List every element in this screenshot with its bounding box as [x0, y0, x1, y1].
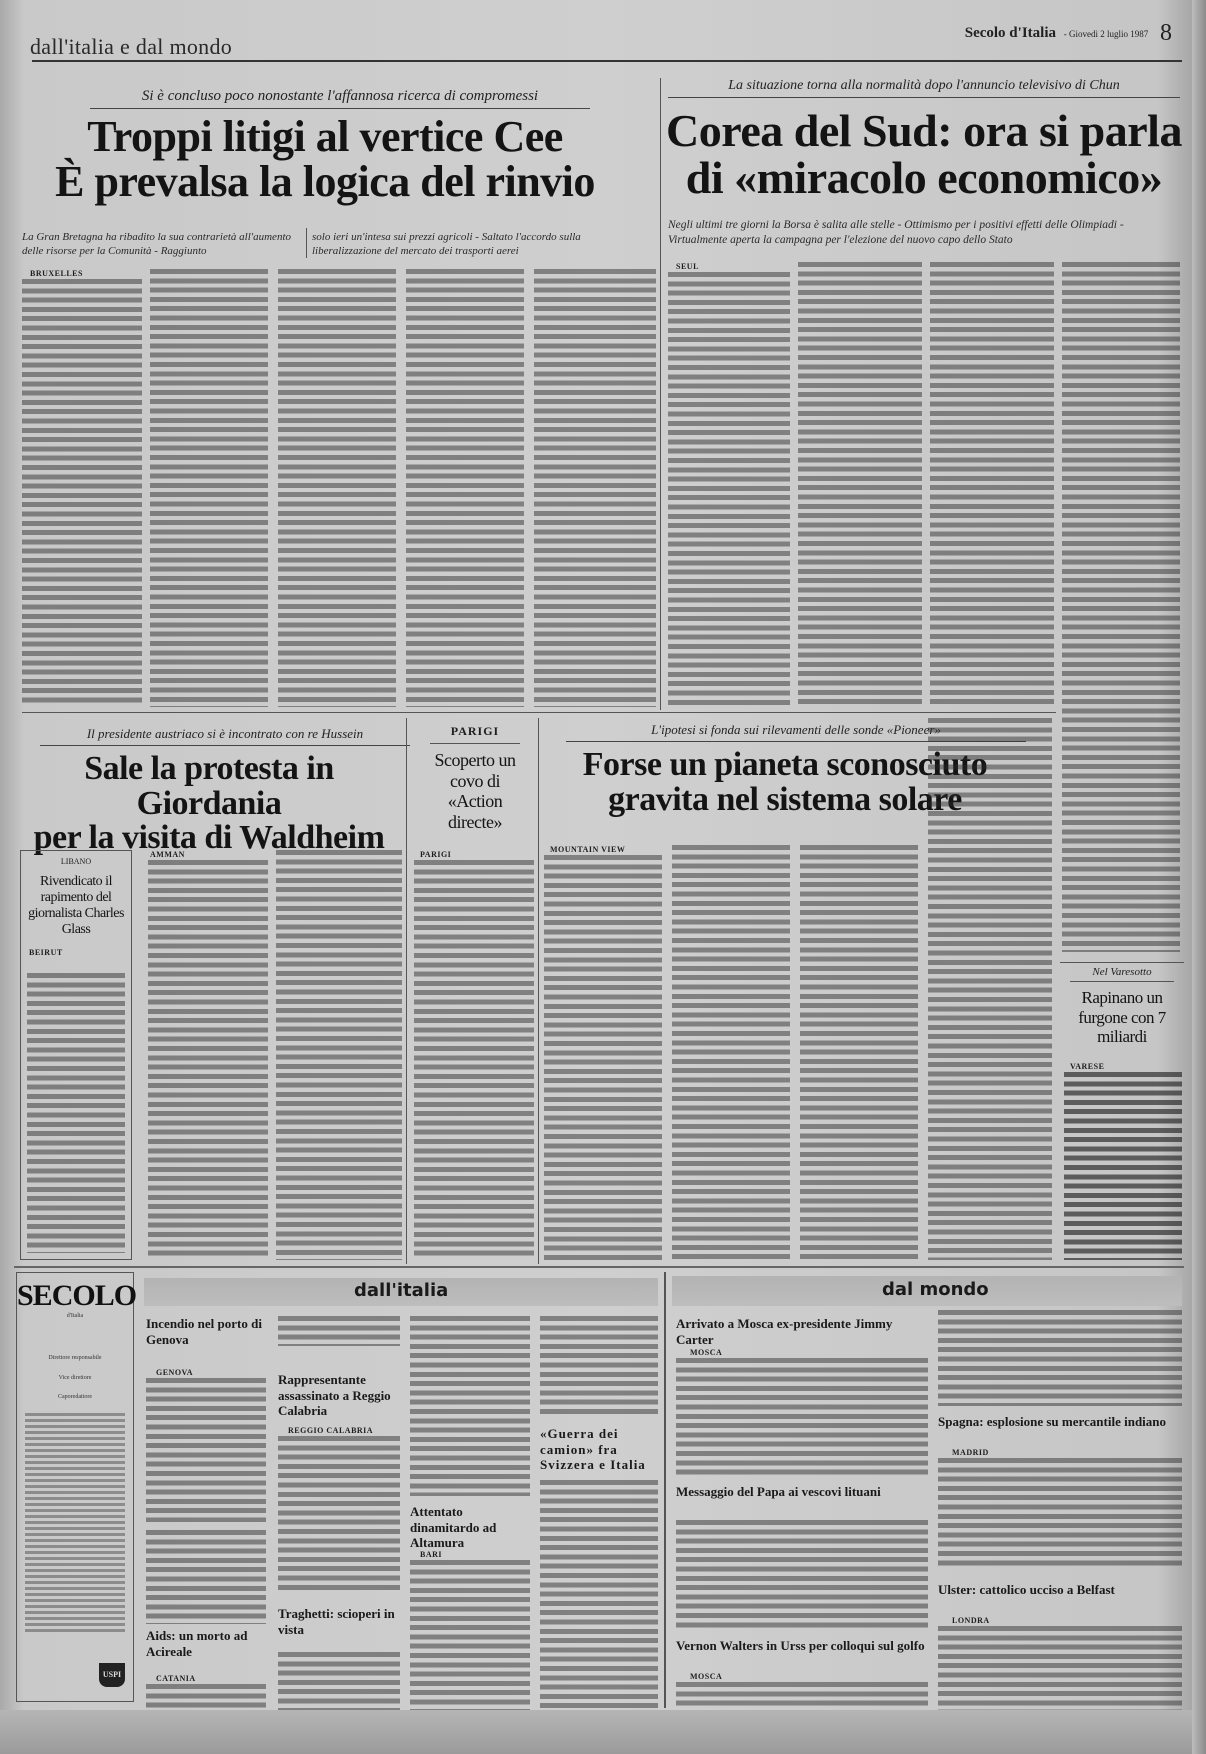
section-rule	[14, 1266, 1184, 1268]
masthead-box: SECOLO d'Italia Direttore responsabile V…	[16, 1272, 134, 1702]
brief-dateline: REGGIO CALABRIA	[288, 1426, 373, 1435]
brief-text	[410, 1316, 530, 1496]
dallitalia-band: dall'italia	[144, 1278, 658, 1306]
cee-column-4	[406, 269, 524, 707]
page-bottom-margin	[0, 1710, 1206, 1754]
dallitalia-title: dall'italia	[354, 1280, 448, 1301]
corea-kicker: La situazione torna alla normalità dopo …	[668, 78, 1180, 98]
corea-column-3	[930, 262, 1054, 707]
cee-column-1	[22, 279, 142, 707]
parigi-headline: Scoperto un covo di «Action directe»	[412, 750, 538, 833]
corea-headline-line-2: di «miracolo economico»	[664, 155, 1184, 202]
brief-text	[146, 1378, 266, 1522]
pianeta-column-3	[800, 845, 918, 1260]
varesotto-box: Nel Varesotto Rapinano un furgone con 7 …	[1060, 966, 1184, 1047]
brief-dateline: MADRID	[952, 1448, 989, 1457]
brief-headline: Aids: un morto ad Acireale	[146, 1628, 266, 1659]
brief-headline: Spagna: esplosione su mercantile indiano	[938, 1414, 1178, 1430]
section-rule	[22, 712, 1056, 713]
brief-headline: Incendio nel porto di Genova	[146, 1316, 266, 1347]
header-rule	[32, 60, 1182, 62]
cee-column-2	[150, 269, 268, 707]
corea-dateline: SEUL	[676, 262, 699, 271]
brief-text	[146, 1684, 266, 1710]
brief-headline: «Guerra dei camion» fra Svizzera e Itali…	[540, 1426, 658, 1473]
brief-text	[676, 1358, 928, 1476]
dalmondo-band: dal mondo	[672, 1276, 1182, 1306]
page-number: 8	[1160, 20, 1172, 46]
parigi-box: PARIGI Scoperto un covo di «Action direc…	[412, 724, 538, 833]
corea-headline-line-1: Corea del Sud: ora si parla	[664, 108, 1184, 155]
secolo-logo: SECOLO	[17, 1279, 133, 1313]
brief-headline: Traghetti: scioperi in vista	[278, 1606, 400, 1637]
brief-text	[410, 1560, 530, 1710]
brief-dateline: GENOVA	[156, 1368, 193, 1377]
newspaper-name: Secolo d'Italia	[965, 25, 1056, 41]
cee-dateline: BRUXELLES	[30, 269, 83, 278]
giordania-dateline: AMMAN	[150, 850, 185, 859]
brief-dateline: CATANIA	[156, 1674, 196, 1683]
secolo-logo-sub: d'Italia	[17, 1313, 133, 1321]
cee-column-3	[278, 269, 396, 707]
cee-headline-line-1: Troppi litigi al vertice Cee	[30, 115, 620, 160]
varesotto-dateline: VARESE	[1070, 1062, 1104, 1071]
uspi-logo: USPI	[99, 1663, 125, 1687]
giordania-headline-line-1: Sale la protesta in Giordania	[14, 752, 404, 821]
brief-text	[278, 1652, 400, 1710]
column-divider	[664, 1272, 666, 1708]
deck-divider	[306, 228, 307, 258]
brief-headline: Attentato dinamitardo ad Altamura	[410, 1504, 530, 1551]
column-divider	[538, 718, 539, 1264]
credit-line: Caporedattore	[17, 1394, 133, 1402]
section-label: dall'italia e dal mondo	[30, 34, 232, 60]
issue-date: - Giovedì 2 luglio 1987	[1064, 29, 1149, 39]
pianeta-column-2	[672, 845, 790, 1260]
brief-text	[146, 1530, 266, 1624]
brief-dateline: LONDRA	[952, 1616, 990, 1625]
corea-column-2	[798, 262, 922, 707]
brief-text	[278, 1316, 400, 1346]
brief-text	[938, 1626, 1182, 1710]
libano-dateline: BEIRUT	[29, 948, 131, 957]
brief-headline: Arrivato a Mosca ex-presidente Jimmy Car…	[676, 1316, 926, 1347]
newspaper-page: dall'italia e dal mondo Secolo d'Italia …	[0, 0, 1206, 1754]
cee-kicker: Si è concluso poco nonostante l'affannos…	[90, 88, 590, 109]
parigi-text	[414, 860, 534, 1260]
brief-headline: Ulster: cattolico ucciso a Belfast	[938, 1582, 1178, 1598]
libano-text	[27, 973, 125, 1253]
libano-box: LIBANO Rivendicato il rapimento del gior…	[20, 850, 132, 1260]
corea-headline: Corea del Sud: ora si parla di «miracolo…	[664, 108, 1184, 202]
credit-line: Direttore responsabile	[17, 1355, 133, 1363]
dalmondo-title: dal mondo	[882, 1279, 989, 1300]
brief-text	[540, 1316, 658, 1416]
libano-place: LIBANO	[21, 857, 131, 866]
parigi-dateline: PARIGI	[420, 850, 451, 859]
cee-headline: Troppi litigi al vertice Cee È prevalsa …	[30, 115, 620, 205]
pianeta-dateline: MOUNTAIN VIEW	[550, 845, 625, 854]
varesotto-headline: Rapinano un furgone con 7 miliardi	[1060, 988, 1184, 1047]
section-rule	[1060, 962, 1184, 963]
masthead: Secolo d'Italia - Giovedì 2 luglio 1987 …	[965, 20, 1172, 47]
brief-text	[540, 1480, 658, 1710]
brief-dateline: BARI	[420, 1550, 442, 1559]
masthead-fineprint	[25, 1413, 125, 1633]
giordania-kicker: Il presidente austriaco si è incontrato …	[40, 726, 410, 746]
brief-text	[278, 1436, 400, 1594]
brief-dateline: MOSCA	[690, 1672, 722, 1681]
page-edge	[1192, 0, 1206, 1754]
corea-column-1	[668, 272, 790, 707]
brief-text	[938, 1458, 1182, 1568]
parigi-place: PARIGI	[430, 724, 520, 744]
varesotto-place: Nel Varesotto	[1070, 966, 1174, 982]
brief-headline: Rappresentante assassinato a Reggio Cala…	[278, 1372, 400, 1419]
pianeta-column-1	[544, 855, 662, 1260]
brief-headline: Vernon Walters in Urss per colloqui sul …	[676, 1638, 926, 1654]
brief-headline: Messaggio del Papa ai vescovi lituani	[676, 1484, 926, 1500]
brief-text	[676, 1520, 928, 1630]
brief-dateline: MOSCA	[690, 1348, 722, 1357]
corea-column-4	[1062, 262, 1180, 952]
brief-text	[676, 1682, 928, 1712]
column-divider	[406, 718, 407, 1264]
column-divider	[660, 78, 661, 710]
corea-deck: Negli ultimi tre giorni la Borsa è salit…	[668, 218, 1182, 248]
varesotto-text	[1064, 1072, 1182, 1260]
cee-deck-left: La Gran Bretagna ha ribadito la sua cont…	[22, 230, 302, 259]
libano-headline: Rivendicato il rapimento del giornalista…	[27, 874, 125, 938]
giordania-column-2	[276, 850, 402, 1260]
giordania-headline: Sale la protesta in Giordania per la vis…	[14, 752, 404, 856]
cee-headline-line-2: È prevalsa la logica del rinvio	[30, 160, 620, 205]
credit-line: Vice direttore	[17, 1375, 133, 1383]
brief-text	[938, 1310, 1182, 1406]
cee-column-5	[534, 269, 656, 707]
cee-deck-right: solo ieri un'intesa sui prezzi agricoli …	[312, 230, 612, 259]
corea-continuation	[928, 718, 1052, 1260]
giordania-column-1	[148, 860, 268, 1260]
